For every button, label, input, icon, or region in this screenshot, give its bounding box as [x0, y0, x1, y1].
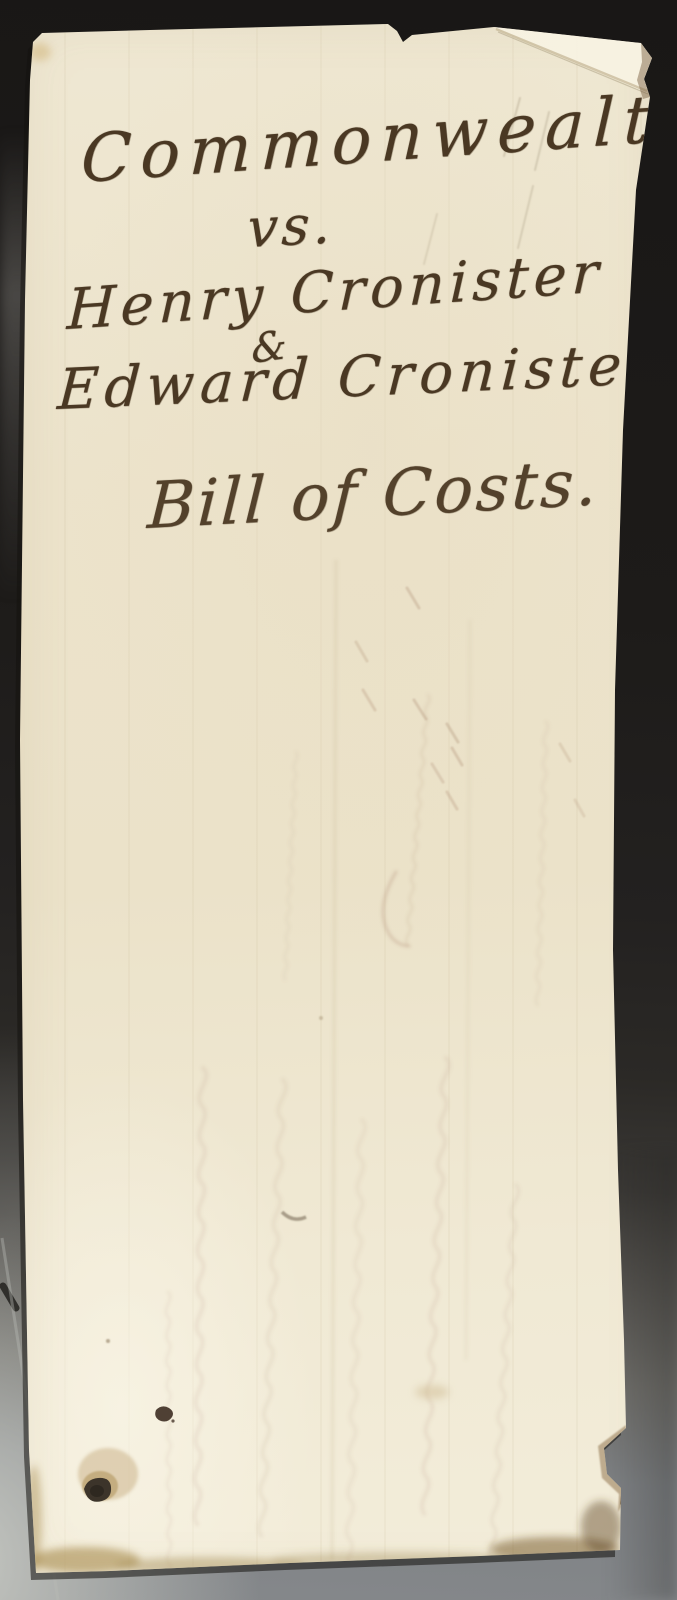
- small-marks: [106, 1016, 323, 1343]
- ink-blot: [155, 1406, 174, 1422]
- handwriting-versus: vs.: [246, 197, 336, 256]
- paper-surface-details: [0, 0, 677, 1600]
- photograph-of-document: Commonwealth vs. Henry Cronister & Edwar…: [0, 0, 677, 1600]
- bleed-through-writing: [156, 695, 558, 1595]
- paper-document: Commonwealth vs. Henry Cronister & Edwar…: [0, 0, 677, 1600]
- paper-hole: [78, 1448, 138, 1502]
